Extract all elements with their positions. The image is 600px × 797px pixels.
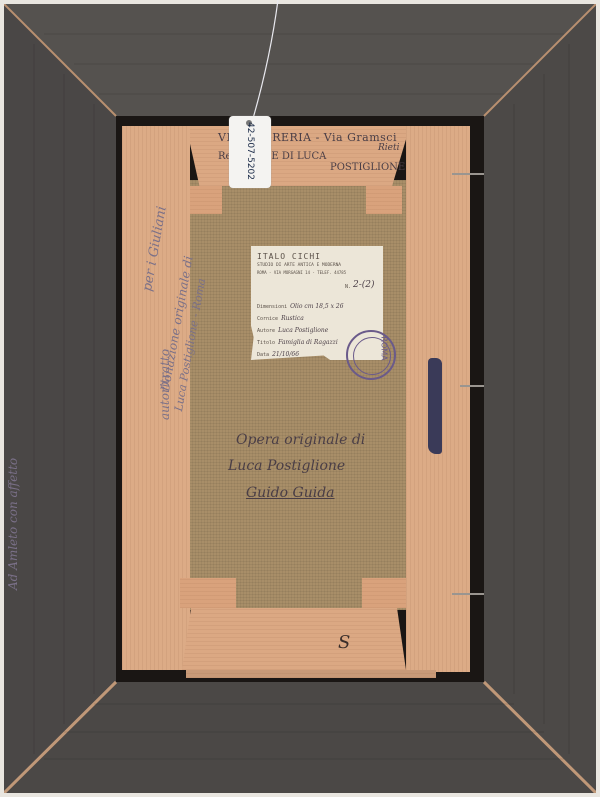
ink-stamp: ROMA bbox=[346, 330, 396, 380]
label-number: 2-(2) bbox=[353, 280, 375, 290]
stretcher-key-top-right bbox=[366, 186, 402, 214]
canvas-reverse bbox=[186, 180, 408, 610]
bottom-bar-mark: S bbox=[338, 632, 350, 653]
field-label: Dimensioni bbox=[257, 304, 287, 310]
field-label: Cornice bbox=[257, 316, 278, 322]
hanging-string bbox=[240, 0, 280, 130]
top-bar-inscription-line3: POSTIGLIONE bbox=[330, 162, 405, 173]
field-label: Titolo bbox=[257, 340, 275, 346]
label-number-prefix: N. bbox=[345, 284, 351, 290]
field-value: 21/10/66 bbox=[272, 351, 299, 358]
top-bar-inscription-line1b: Rieti bbox=[378, 143, 399, 153]
nail bbox=[452, 593, 484, 595]
left-bar-inscription-line1: Ad Amleto con affetto bbox=[6, 170, 20, 590]
field-value: Famiglia di Ragazzi bbox=[278, 339, 338, 346]
label-title: ITALO CICHI bbox=[257, 252, 321, 261]
stretcher-bottom-bar bbox=[182, 608, 406, 670]
stretcher-key-bottom-left bbox=[180, 578, 236, 608]
canvas-inscription-signature: Guido Guida bbox=[246, 485, 335, 501]
field-value: Olio cm 18,5 x 26 bbox=[290, 303, 343, 310]
tag-number: 42-507-5202 bbox=[245, 118, 255, 184]
stretcher-bottom-lip bbox=[186, 670, 436, 678]
label-fields: Dimensioni Olio cm 18,5 x 26 Cornice Rus… bbox=[257, 301, 344, 361]
label-subtitle: STUDIO DI ARTE ANTICA E MODERNA bbox=[257, 263, 341, 268]
field-label: Autore bbox=[257, 328, 275, 334]
blue-paint-mark bbox=[428, 358, 442, 454]
stamp-text: ROMA bbox=[380, 336, 389, 360]
field-value: Luca Postiglione bbox=[278, 327, 328, 334]
hanging-tag: 42-507-5202 bbox=[229, 116, 271, 188]
label-address: ROMA - VIA MORGAGNI 14 - TELEF. 44785 bbox=[257, 270, 346, 275]
stretcher-key-bottom-right bbox=[362, 578, 406, 608]
stretcher-key-top-left bbox=[186, 186, 222, 214]
field-label: Data bbox=[257, 352, 269, 358]
canvas-inscription-line2: Luca Postiglione bbox=[228, 458, 345, 474]
nail bbox=[452, 173, 484, 175]
field-value: Rustica bbox=[281, 315, 304, 322]
nail bbox=[460, 385, 484, 387]
canvas-inscription-line1: Opera originale di bbox=[236, 432, 365, 448]
